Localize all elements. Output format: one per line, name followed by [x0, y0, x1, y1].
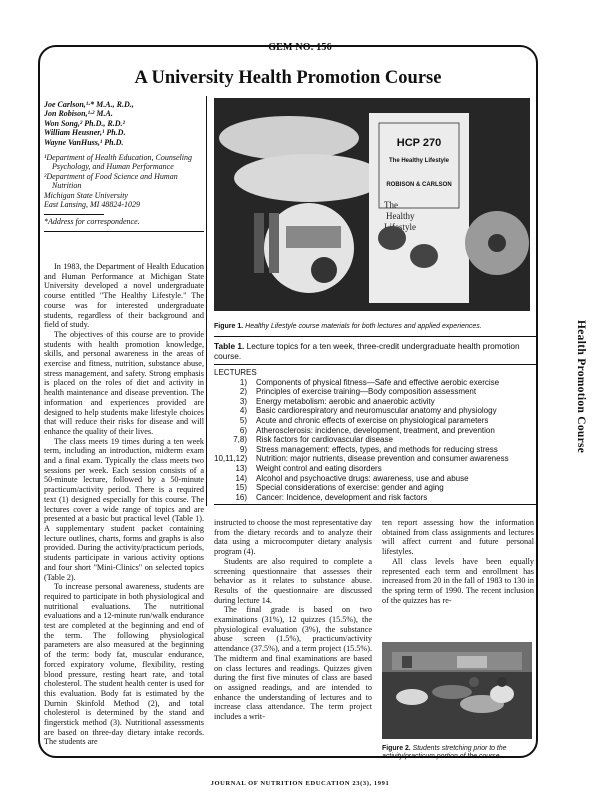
- affiliation: East Lansing, MI 48824-1029: [44, 200, 204, 209]
- table-row: 15)Special considerations of exercise: g…: [214, 483, 536, 493]
- table-row: 6)Atherosclerosis: incidence, developmen…: [214, 426, 536, 436]
- table-row: 1)Components of physical fitness—Safe an…: [214, 378, 536, 388]
- table-1: Table 1. Lecture topics for a ten week, …: [214, 336, 536, 505]
- paragraph: The class meets 19 times during a ten we…: [44, 437, 204, 583]
- lecture-topic: Components of physical fitness—Safe and …: [256, 378, 536, 388]
- lecture-number: 10,11,12): [214, 454, 256, 464]
- lecture-topic: Acute and chronic effects of exercise on…: [256, 416, 536, 426]
- divider: [214, 504, 536, 505]
- lecture-topic: Atherosclerosis: incidence, development,…: [256, 426, 536, 436]
- lecture-topic: Energy metabolism: aerobic and anaerobic…: [256, 397, 536, 407]
- lecture-topic: Stress management: effects, types, and m…: [256, 445, 536, 455]
- figure-label: Figure 1.: [214, 323, 243, 330]
- affiliation: ¹Department of Health Education, Counsel…: [44, 153, 204, 172]
- svg-text:Healthy: Healthy: [386, 211, 415, 221]
- table-row: 5)Acute and chronic effects of exercise …: [214, 416, 536, 426]
- correspondence-note: *Address for correspondence.: [44, 217, 204, 226]
- lecture-number: 5): [214, 416, 256, 426]
- students-stretching-photo-icon: [382, 642, 532, 739]
- author: Joe Carlson,¹·* M.A., R.D.,: [44, 100, 204, 109]
- table-row: 16)Cancer: Incidence, development and ri…: [214, 493, 536, 503]
- lecture-number: 4): [214, 406, 256, 416]
- paragraph: The final grade is based on two examinat…: [214, 605, 372, 721]
- svg-text:The: The: [384, 200, 398, 210]
- column-divider: [206, 96, 207, 506]
- figure-1-photo: HCP 270 The Healthy Lifestyle ROBISON & …: [214, 98, 530, 311]
- author: Jon Robison,¹·² M.A.: [44, 109, 204, 118]
- figure-2-caption: Figure 2. Students stretching prior to t…: [382, 745, 537, 761]
- figure-caption-text: Healthy Lifestyle course materials for b…: [245, 323, 482, 330]
- lecture-topic: Weight control and eating disorders: [256, 464, 536, 474]
- author: William Heusner,¹ Ph.D.: [44, 128, 204, 137]
- course-materials-photo-icon: HCP 270 The Healthy Lifestyle ROBISON & …: [214, 98, 530, 311]
- paragraph: ten report assessing how the information…: [382, 518, 534, 557]
- table-header: LECTURES: [214, 368, 536, 378]
- affiliation: ²Department of Food Science and Human Nu…: [44, 172, 204, 191]
- lecture-topic: Basic cardiorespiratory and neuromuscula…: [256, 406, 536, 416]
- table-row: 7,8)Risk factors for cardiovascular dise…: [214, 435, 536, 445]
- affiliations: ¹Department of Health Education, Counsel…: [44, 153, 204, 209]
- body-column-1: In 1983, the Department of Health Educat…: [44, 262, 204, 747]
- divider: [44, 231, 204, 232]
- table-caption-text: Lecture topics for a ten week, three-cre…: [214, 341, 520, 361]
- paragraph: Students are also required to complete a…: [214, 557, 372, 606]
- lecture-topic: Principles of exercise training—Body com…: [256, 387, 536, 397]
- svg-text:ROBISON & CARLSON: ROBISON & CARLSON: [386, 182, 451, 188]
- table-row: 2)Principles of exercise training—Body c…: [214, 387, 536, 397]
- table-row: 10,11,12)Nutrition: major nutrients, dis…: [214, 454, 536, 464]
- table-label: Table 1.: [214, 341, 244, 351]
- table-row: 9)Stress management: effects, types, and…: [214, 445, 536, 455]
- author-block: Joe Carlson,¹·* M.A., R.D., Jon Robison,…: [44, 100, 204, 232]
- lecture-number: 9): [214, 445, 256, 455]
- divider: [44, 214, 104, 215]
- article-title: A University Health Promotion Course: [38, 68, 538, 89]
- table-row: 3)Energy metabolism: aerobic and anaerob…: [214, 397, 536, 407]
- paragraph: In 1983, the Department of Health Educat…: [44, 262, 204, 330]
- table-row: 4)Basic cardiorespiratory and neuromuscu…: [214, 406, 536, 416]
- paragraph: instructed to choose the most representa…: [214, 518, 372, 557]
- table-row: 14)Alcohol and psychoactive drugs: aware…: [214, 474, 536, 484]
- table-row: 13)Weight control and eating disorders: [214, 464, 536, 474]
- lecture-number: 13): [214, 464, 256, 474]
- author: Wayne VanHuss,¹ Ph.D.: [44, 138, 204, 147]
- body-column-3: ten report assessing how the information…: [382, 518, 534, 605]
- lecture-number: 14): [214, 474, 256, 484]
- paragraph: The objectives of this course are to pro…: [44, 330, 204, 437]
- lecture-number: 16): [214, 493, 256, 503]
- svg-text:HCP 270: HCP 270: [397, 137, 441, 149]
- lecture-number: 6): [214, 426, 256, 436]
- figure-1-caption: Figure 1. Healthy Lifestyle course mater…: [214, 323, 536, 330]
- paragraph: All class levels have been equally repre…: [382, 557, 534, 606]
- figure-label: Figure 2.: [382, 745, 411, 752]
- affiliation: Michigan State University: [44, 191, 204, 200]
- lecture-number: 7,8): [214, 435, 256, 445]
- body-column-2: instructed to choose the most representa…: [214, 518, 372, 722]
- lecture-topic: Alcohol and psychoactive drugs: awarenes…: [256, 474, 536, 484]
- side-running-title: Health Promotion Course: [575, 320, 587, 453]
- lecture-topic: Special considerations of exercise: gend…: [256, 483, 536, 493]
- journal-footer: JOURNAL OF NUTRITION EDUCATION 23(3), 19…: [0, 780, 600, 787]
- figure-2-photo: [382, 642, 532, 739]
- table-caption: Table 1. Lecture topics for a ten week, …: [214, 336, 536, 365]
- lecture-topic: Nutrition: major nutrients, disease prev…: [256, 454, 536, 464]
- svg-text:The Healthy Lifestyle: The Healthy Lifestyle: [389, 158, 450, 164]
- lecture-number: 2): [214, 387, 256, 397]
- author: Won Song,² Ph.D., R.D.²: [44, 119, 204, 128]
- lecture-number: 3): [214, 397, 256, 407]
- lecture-topic: Risk factors for cardiovascular disease: [256, 435, 536, 445]
- lecture-number: 1): [214, 378, 256, 388]
- lecture-topic: Cancer: Incidence, development and risk …: [256, 493, 536, 503]
- lecture-number: 15): [214, 483, 256, 493]
- paragraph: To increase personal awareness, students…: [44, 582, 204, 747]
